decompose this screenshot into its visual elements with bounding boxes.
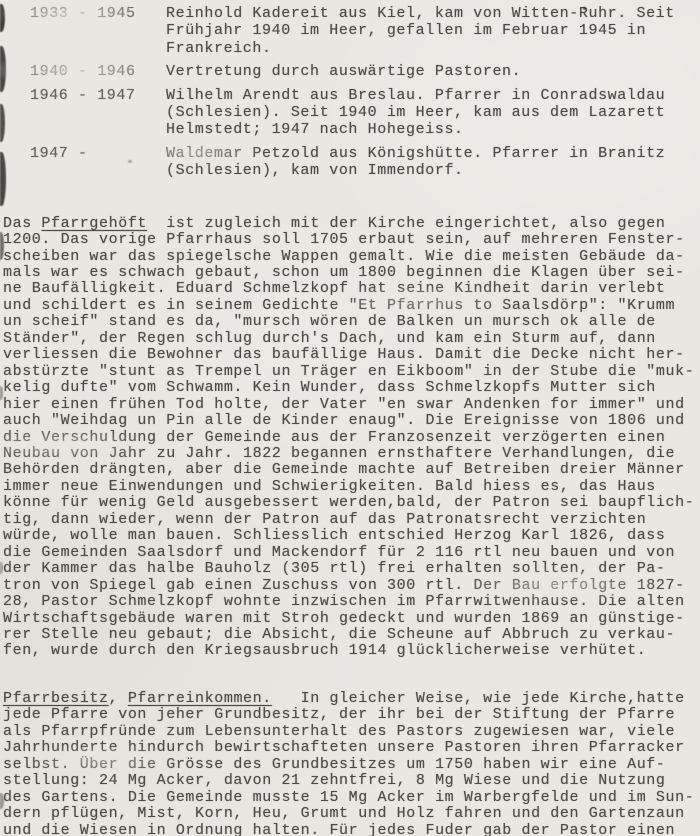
- paragraph-lines: 1200. Das vorige Pfarrhaus soll 1705 erb…: [3, 232, 700, 660]
- year-range: 1947 -: [30, 145, 166, 180]
- line-rest: ist zugleich mit der Kirche eingerichtet…: [147, 215, 665, 232]
- paragraph-pfarrgehoeft: Das Pfarrgehöft ist zugleich mit der Kir…: [3, 216, 700, 660]
- scan-speck: [583, 7, 586, 10]
- text-line: verliessen die Bewohner das baufällige H…: [3, 347, 700, 363]
- text-line: ne Baufälligkeit. Eduard Schmelzkopf hat…: [3, 281, 700, 297]
- text-line: Frühjahr 1940 im Heer, gefallen im Febru…: [166, 22, 700, 39]
- text-line: mals war es schwach gebaut, schon um 180…: [3, 265, 700, 281]
- text-line: Vertretung durch auswärtige Pastoren.: [166, 63, 700, 80]
- paragraph-first-line: Pfarrbesitz, Pfarreinkommen. In gleicher…: [3, 691, 700, 707]
- heading-separator: ,: [109, 690, 128, 707]
- text-line: jede Pfarre von jeher Grundbesitz, der i…: [3, 707, 700, 723]
- text-line: die Verschuldung der Gemeinde aus der Fr…: [3, 430, 700, 446]
- pastor-entry: 1940 - 1946 Vertretung durch auswärtige …: [3, 63, 700, 80]
- text-line: die Gemeinden Saalsdorf und Mackendorf f…: [3, 545, 700, 561]
- pastor-entry: 1946 - 1947 Wilhelm Arendt aus Breslau. …: [3, 87, 700, 139]
- text-line: Waldemar Petzold aus Königshütte. Pfarre…: [166, 145, 700, 162]
- text-line: (Schlesien). Seit 1940 im Heer, kam aus …: [166, 104, 700, 121]
- text-line: als Pfarrpfründe zum Lebensunterhalt des…: [3, 724, 700, 740]
- text-line: tig, dann wieder, wenn der Patron auf da…: [3, 512, 700, 528]
- heading-pfarrgehoeft: Pfarrgehöft: [41, 215, 147, 232]
- text-line: fen, wurde durch den Kriegsausbruch 1914…: [3, 643, 700, 659]
- text-line: Wilhelm Arendt aus Breslau. Pfarrer in C…: [166, 87, 700, 104]
- text-line: Jahrhunderte hindurch bewirtschafteten u…: [3, 740, 700, 756]
- paragraph-lines: jede Pfarre von jeher Grundbesitz, der i…: [3, 707, 700, 836]
- pastor-entry: 1947 - Waldemar Petzold aus Königshütte.…: [3, 145, 700, 180]
- text-line: des Gartens. Die Gemeinde musste 15 Mg A…: [3, 790, 700, 806]
- text-line: Ständer", der Regen schlug durch's Dach,…: [3, 331, 700, 347]
- heading-pfarreinkommen: Pfarreinkommen.: [128, 690, 272, 707]
- text-line: tron von Spiegel gab einen Zuschuss von …: [3, 578, 700, 594]
- text-line: Wirtschaftsgebäude waren mit Stroh gedec…: [3, 611, 700, 627]
- pastor-chronology: 1933 - 1945 Reinhold Kadereit aus Kiel, …: [3, 5, 700, 180]
- text-line: scheiben war das spiegelsche Wappen gema…: [3, 249, 700, 265]
- text-line: Helmstedt; 1947 nach Hohegeiss.: [166, 121, 700, 138]
- text-line: würde, wolle man bauen. Schliesslich ent…: [3, 528, 700, 544]
- scan-speck: [128, 160, 132, 163]
- text-line: auch "Weihdag un Pin alle de Kinder enau…: [3, 413, 700, 429]
- text-line: könne für wenig Geld ausgebessert werden…: [3, 495, 700, 511]
- heading-pfarrbesitz: Pfarrbesitz: [3, 690, 109, 707]
- year-range: 1940 - 1946: [30, 63, 166, 80]
- text-line: der Kammer das halbe Bauholz (305 rtl) f…: [3, 561, 700, 577]
- text-line: Reinhold Kadereit aus Kiel, kam von Witt…: [166, 5, 700, 22]
- text-line: Behörden drängten, aber die Gemeinde mac…: [3, 462, 700, 478]
- year-range: 1946 - 1947: [30, 87, 166, 139]
- line-prefix: Das: [3, 215, 41, 232]
- entry-text: Wilhelm Arendt aus Breslau. Pfarrer in C…: [166, 87, 700, 139]
- text-line: immer neue Einwendungen und Schwierigkei…: [3, 479, 700, 495]
- text-line: und die Wiesen in Ordnung halten. Für je…: [3, 823, 700, 836]
- paragraph-pfarrbesitz: Pfarrbesitz, Pfarreinkommen. In gleicher…: [3, 691, 700, 836]
- text-line: abstürzte "stunt as Trempel un Träger en…: [3, 364, 700, 380]
- text-line: rer Stelle neu gebaut; die Absicht, die …: [3, 627, 700, 643]
- entry-text: Reinhold Kadereit aus Kiel, kam von Witt…: [166, 5, 700, 57]
- text-line: un scheif" stand es da, "mursch wören de…: [3, 314, 700, 330]
- text-line: Neubau von Jahr zu Jahr. 1822 begannen e…: [3, 446, 700, 462]
- text-line: 28, Pastor Schmelzkopf wohnte inzwischen…: [3, 594, 700, 610]
- text-line: selbst. Über die Grösse des Grundbesitze…: [3, 757, 700, 773]
- text-line: dern pflügen, Mist, Korn, Heu, Grumt und…: [3, 806, 700, 822]
- document-page: 1933 - 1945 Reinhold Kadereit aus Kiel, …: [0, 0, 700, 836]
- text-line: 1200. Das vorige Pfarrhaus soll 1705 erb…: [3, 232, 700, 248]
- text-line: und schildert es in seinem Gedichte "Et …: [3, 298, 700, 314]
- pastor-entry: 1933 - 1945 Reinhold Kadereit aus Kiel, …: [3, 5, 700, 57]
- entry-text: Vertretung durch auswärtige Pastoren.: [166, 63, 700, 80]
- paragraph-first-line: Das Pfarrgehöft ist zugleich mit der Kir…: [3, 216, 700, 232]
- entry-text: Waldemar Petzold aus Königshütte. Pfarre…: [166, 145, 700, 180]
- text-line: stellung: 24 Mg Acker, davon 21 zehntfre…: [3, 773, 700, 789]
- text-line: hier einen frühen Tod holte, der Vater "…: [3, 397, 700, 413]
- text-line: Frankreich.: [166, 40, 700, 57]
- line-rest: In gleicher Weise, wie jede Kirche,hatte: [272, 690, 685, 707]
- text-line: kelig dufte" vom Schwamm. Kein Wunder, d…: [3, 380, 700, 396]
- text-line: (Schlesien), kam von Immendorf.: [166, 162, 700, 179]
- year-range: 1933 - 1945: [30, 5, 166, 57]
